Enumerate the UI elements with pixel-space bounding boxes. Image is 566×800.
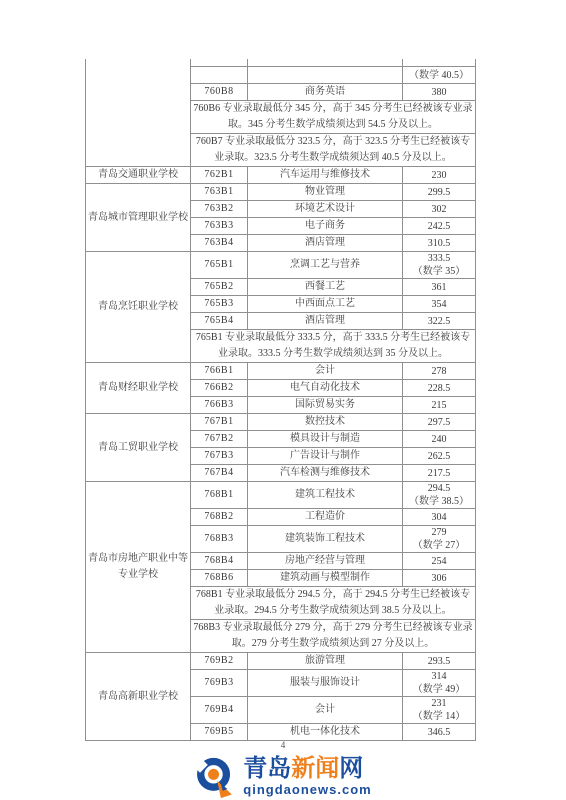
score-cell: （数学 40.5） (403, 67, 476, 84)
score-value: 354 (403, 298, 475, 311)
qingdaonews-q-icon (194, 756, 238, 800)
site-name-part3: 网 (339, 755, 363, 782)
score-cell: 380 (403, 84, 476, 101)
note-cell: 768B3 专业录取最低分 279 分，高于 279 分考生已经被该专业录取。2… (191, 620, 476, 653)
code-cell: 767B3 (191, 448, 248, 465)
score-cell: 322.5 (403, 313, 476, 330)
table-row: 青岛城市管理职业学校763B1物业管理299.5 (86, 184, 476, 201)
code-cell: 763B2 (191, 201, 248, 218)
score-cell: 279（数学 27） (403, 526, 476, 553)
score-cell: 254 (403, 553, 476, 570)
score-cell: 346.5 (403, 724, 476, 741)
document-page: （数学 40.5）760B8商务英语380760B6 专业录取最低分 345 分… (0, 0, 566, 800)
score-value: 279 (403, 526, 475, 539)
score-value: 294.5 (403, 482, 475, 495)
major-cell: 物业管理 (248, 184, 403, 201)
page-number: 4 (0, 740, 566, 750)
code-cell: 762B1 (191, 167, 248, 184)
score-cell: 314（数学 49） (403, 670, 476, 697)
code-cell: 769B2 (191, 653, 248, 670)
note-cell: 768B1 专业录取最低分 294.5 分，高于 294.5 分考生已经被该专业… (191, 587, 476, 620)
score-value: 314 (403, 670, 475, 683)
major-cell: 商务英语 (248, 84, 403, 101)
major-cell: 汽车检测与维修技术 (248, 465, 403, 482)
code-cell: 766B2 (191, 380, 248, 397)
major-cell: 服装与服饰设计 (248, 670, 403, 697)
code-cell: 766B3 (191, 397, 248, 414)
school-cell: 青岛工贸职业学校 (86, 414, 191, 482)
school-cell: 青岛财经职业学校 (86, 363, 191, 414)
code-cell: 767B2 (191, 431, 248, 448)
score-cell: 304 (403, 509, 476, 526)
code-cell: 763B3 (191, 218, 248, 235)
score-value: 217.5 (403, 467, 475, 480)
note-cell: 765B1 专业录取最低分 333.5 分，高于 333.5 分考生已经被该专业… (191, 330, 476, 363)
score-value: 333.5 (403, 252, 475, 265)
score-cell: 278 (403, 363, 476, 380)
code-cell: 767B4 (191, 465, 248, 482)
score-value: 278 (403, 365, 475, 378)
score-value: 215 (403, 399, 475, 412)
code-cell: 763B4 (191, 235, 248, 252)
school-cell: 青岛烹饪职业学校 (86, 252, 191, 363)
major-cell: 中西面点工艺 (248, 296, 403, 313)
score-value: 254 (403, 555, 475, 568)
score-value: 262.5 (403, 450, 475, 463)
note-cell: 760B7 专业录取最低分 323.5 分，高于 323.5 分考生已经被该专业… (191, 134, 476, 167)
score-value: 228.5 (403, 382, 475, 395)
major-cell: 数控技术 (248, 414, 403, 431)
major-cell: 环境艺术设计 (248, 201, 403, 218)
score-cell: 302 (403, 201, 476, 218)
admission-table-body: （数学 40.5）760B8商务英语380760B6 专业录取最低分 345 分… (86, 59, 476, 741)
code-cell: 763B1 (191, 184, 248, 201)
table-row: 青岛财经职业学校766B1会计278 (86, 363, 476, 380)
school-cell (86, 59, 191, 167)
major-cell: 会计 (248, 363, 403, 380)
major-cell: 国际贸易实务 (248, 397, 403, 414)
code-cell: 760B8 (191, 84, 248, 101)
major-cell: 模具设计与制造 (248, 431, 403, 448)
code-cell: 768B4 (191, 553, 248, 570)
math-requirement: （数学 40.5） (403, 69, 475, 82)
site-name: 青岛新闻网 (243, 756, 363, 782)
score-cell: 242.5 (403, 218, 476, 235)
major-cell (248, 67, 403, 84)
score-value: 361 (403, 281, 475, 294)
score-cell: 306 (403, 570, 476, 587)
code-cell: 766B1 (191, 363, 248, 380)
site-domain: qingdaonews.com (243, 782, 371, 797)
major-cell: 建筑装饰工程技术 (248, 526, 403, 553)
code-cell: 768B2 (191, 509, 248, 526)
site-name-part2: 新闻 (291, 755, 339, 782)
school-cell: 青岛市房地产职业中等专业学校 (86, 482, 191, 653)
code-cell: 767B1 (191, 414, 248, 431)
score-value: 299.5 (403, 186, 475, 199)
major-cell: 建筑动画与模型制作 (248, 570, 403, 587)
score-cell: 299.5 (403, 184, 476, 201)
math-requirement: （数学 27） (403, 539, 475, 552)
admission-score-table: （数学 40.5）760B8商务英语380760B6 专业录取最低分 345 分… (85, 59, 476, 741)
score-value: 346.5 (403, 726, 475, 739)
major-cell: 烹调工艺与营养 (248, 252, 403, 279)
code-cell: 769B4 (191, 697, 248, 724)
score-value: 380 (403, 86, 475, 99)
score-value: 230 (403, 169, 475, 182)
math-requirement: （数学 38.5） (403, 495, 475, 508)
code-cell (191, 67, 248, 84)
major-cell: 建筑工程技术 (248, 482, 403, 509)
score-cell: 215 (403, 397, 476, 414)
score-cell (403, 59, 476, 67)
table-row: 青岛市房地产职业中等专业学校768B1建筑工程技术294.5（数学 38.5） (86, 482, 476, 509)
code-cell: 768B1 (191, 482, 248, 509)
code-cell: 768B6 (191, 570, 248, 587)
score-value: 297.5 (403, 416, 475, 429)
score-cell: 361 (403, 279, 476, 296)
code-cell: 765B4 (191, 313, 248, 330)
score-cell: 354 (403, 296, 476, 313)
score-value: 242.5 (403, 220, 475, 233)
table-row: 青岛工贸职业学校767B1数控技术297.5 (86, 414, 476, 431)
score-cell: 262.5 (403, 448, 476, 465)
note-cell: 760B6 专业录取最低分 345 分，高于 345 分考生已经被该专业录取。3… (191, 101, 476, 134)
code-cell: 768B3 (191, 526, 248, 553)
score-value: 306 (403, 572, 475, 585)
score-cell: 228.5 (403, 380, 476, 397)
code-cell: 765B3 (191, 296, 248, 313)
major-cell (248, 59, 403, 67)
site-logo-text: 青岛新闻网 qingdaonews.com (243, 756, 371, 797)
score-cell: 310.5 (403, 235, 476, 252)
score-cell: 240 (403, 431, 476, 448)
school-cell: 青岛高新职业学校 (86, 653, 191, 741)
major-cell: 工程造价 (248, 509, 403, 526)
major-cell: 汽车运用与维修技术 (248, 167, 403, 184)
code-cell: 765B1 (191, 252, 248, 279)
score-cell: 231（数学 14） (403, 697, 476, 724)
math-requirement: （数学 35） (403, 265, 475, 278)
score-cell: 333.5（数学 35） (403, 252, 476, 279)
score-value: 231 (403, 697, 475, 710)
code-cell: 765B2 (191, 279, 248, 296)
score-cell: 294.5（数学 38.5） (403, 482, 476, 509)
score-value: 293.5 (403, 655, 475, 668)
table-row: 青岛交通职业学校762B1汽车运用与维修技术230 (86, 167, 476, 184)
math-requirement: （数学 14） (403, 710, 475, 723)
school-cell: 青岛交通职业学校 (86, 167, 191, 184)
table-row: 青岛烹饪职业学校765B1烹调工艺与营养333.5（数学 35） (86, 252, 476, 279)
table-row (86, 59, 476, 67)
major-cell: 电子商务 (248, 218, 403, 235)
site-logo: 青岛新闻网 qingdaonews.com (194, 756, 371, 800)
code-cell: 769B3 (191, 670, 248, 697)
major-cell: 西餐工艺 (248, 279, 403, 296)
major-cell: 电气自动化技术 (248, 380, 403, 397)
score-value: 322.5 (403, 315, 475, 328)
score-value: 310.5 (403, 237, 475, 250)
score-cell: 230 (403, 167, 476, 184)
code-cell (191, 59, 248, 67)
major-cell: 酒店管理 (248, 235, 403, 252)
score-value: 302 (403, 203, 475, 216)
major-cell: 酒店管理 (248, 313, 403, 330)
major-cell: 机电一体化技术 (248, 724, 403, 741)
table-row: 青岛高新职业学校769B2旅游管理293.5 (86, 653, 476, 670)
score-cell: 217.5 (403, 465, 476, 482)
school-cell: 青岛城市管理职业学校 (86, 184, 191, 252)
score-value: 304 (403, 511, 475, 524)
score-cell: 297.5 (403, 414, 476, 431)
math-requirement: （数学 49） (403, 683, 475, 696)
major-cell: 广告设计与制作 (248, 448, 403, 465)
major-cell: 会计 (248, 697, 403, 724)
major-cell: 房地产经营与管理 (248, 553, 403, 570)
code-cell: 769B5 (191, 724, 248, 741)
score-value: 240 (403, 433, 475, 446)
major-cell: 旅游管理 (248, 653, 403, 670)
site-name-part1: 青岛 (243, 755, 291, 782)
score-cell: 293.5 (403, 653, 476, 670)
